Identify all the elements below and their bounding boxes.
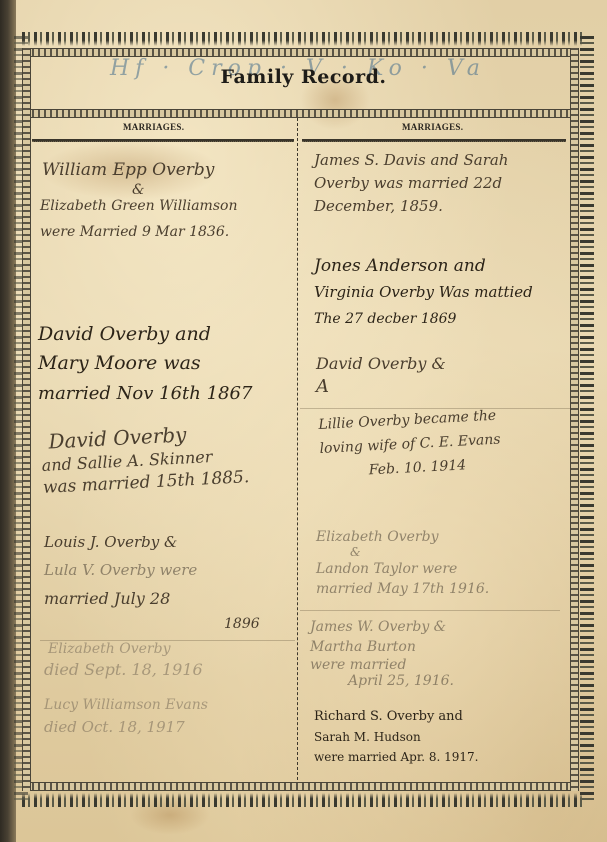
entry-line: Sarah M. Hudson [314,731,478,743]
death-entry: Lucy Williamson Evans died Oct. 18, 1917 [44,698,208,735]
chain-border-right [570,48,579,791]
marriage-entry: Jones Anderson and Virginia Overby Was m… [314,258,533,326]
ruled-line [300,408,570,409]
entry-line: Overby was married 22d [314,176,508,191]
entry-line: Louis J. Overby & [44,535,260,550]
entry-line: loving wife of C. E. Evans [319,432,501,455]
entry-line: Jones Anderson and [314,258,533,275]
entry-line: married July 28 [44,591,260,607]
entry-line: James S. Davis and Sarah [314,153,508,168]
entry-line: Lucy Williamson Evans [44,698,208,712]
entry-line: David Overby & [316,356,446,372]
marriage-entry: Elizabeth Overby & Landon Taylor were ma… [316,530,489,596]
entry-line: Feb. 10. 1914 [368,456,502,477]
page-title: Family Record. [0,66,607,88]
entry-line: David Overby and [38,325,252,344]
death-entry: Elizabeth Overby died Sept. 18, 1916 [44,642,203,678]
heading-rule-right [302,139,566,142]
column-heading-left: MARRIAGES. [123,122,184,132]
family-record-page: Hf · Crop · V · Ko · Va Family Record. M… [0,0,607,842]
entry-line: were married [310,658,454,672]
marriage-entry: David Overby and Mary Moore was married … [38,325,252,403]
entry-line: William Epp Overby [42,162,237,179]
marriage-entry: Louis J. Overby & Lula V. Overby were ma… [44,535,260,631]
entry-line: Elizabeth Green Williamson [40,199,237,213]
entry-line: married Nov 16th 1867 [38,385,252,403]
entry-line: Lula V. Overby were [44,563,260,578]
chain-border-bottom [26,782,578,791]
chain-border-title [26,109,578,118]
marriage-entry: William Epp Overby & Elizabeth Green Wil… [40,162,237,239]
marriage-entry: David Overby & A [316,356,446,396]
entry-line: Virginia Overby Was mattied [314,285,533,300]
entry-line: Elizabeth Overby [48,642,203,656]
marriage-entry: David Overby and Sallie A. Skinner was m… [40,421,250,497]
entry-line: & [132,183,237,197]
entry-line: Lillie Overby became the [318,409,500,432]
entry-line: Elizabeth Overby [316,530,489,544]
ruled-line [300,610,560,611]
entry-line: April 25, 1916. [348,674,454,688]
entry-line: A [316,378,446,396]
ornamental-border-right [580,36,594,802]
entry-line: died Oct. 18, 1917 [44,720,208,735]
entry-line: & [350,546,489,558]
entry-line: died Sept. 18, 1916 [44,662,203,678]
ornamental-border-top [22,32,582,46]
entry-line: Landon Taylor were [316,562,489,576]
entry-line: Richard S. Overby and [314,710,478,723]
column-divider [297,118,298,780]
entry-line: 1896 [224,617,260,631]
entry-line: December, 1859. [314,199,508,214]
marriage-entry: Lillie Overby became the loving wife of … [318,409,502,480]
heading-rule-left [32,139,294,142]
column-heading-right: MARRIAGES. [402,122,463,132]
ornamental-border-bottom [22,793,582,807]
marriage-entry: James S. Davis and Sarah Overby was marr… [314,153,508,214]
entry-line: married May 17th 1916. [316,582,489,596]
entry-line: The 27 decber 1869 [314,312,533,326]
entry-line: were Married 9 Mar 1836. [40,225,237,239]
marriage-entry: Richard S. Overby and Sarah M. Hudson we… [314,710,478,763]
entry-line: were married Apr. 8. 1917. [314,751,478,763]
entry-line: David Overby [48,421,247,451]
marriage-entry: James W. Overby & Martha Burton were mar… [310,620,454,688]
entry-line: James W. Overby & [310,620,454,634]
entry-line: Martha Burton [310,640,454,654]
chain-border-left [22,48,31,791]
entry-line: Mary Moore was [38,354,252,373]
